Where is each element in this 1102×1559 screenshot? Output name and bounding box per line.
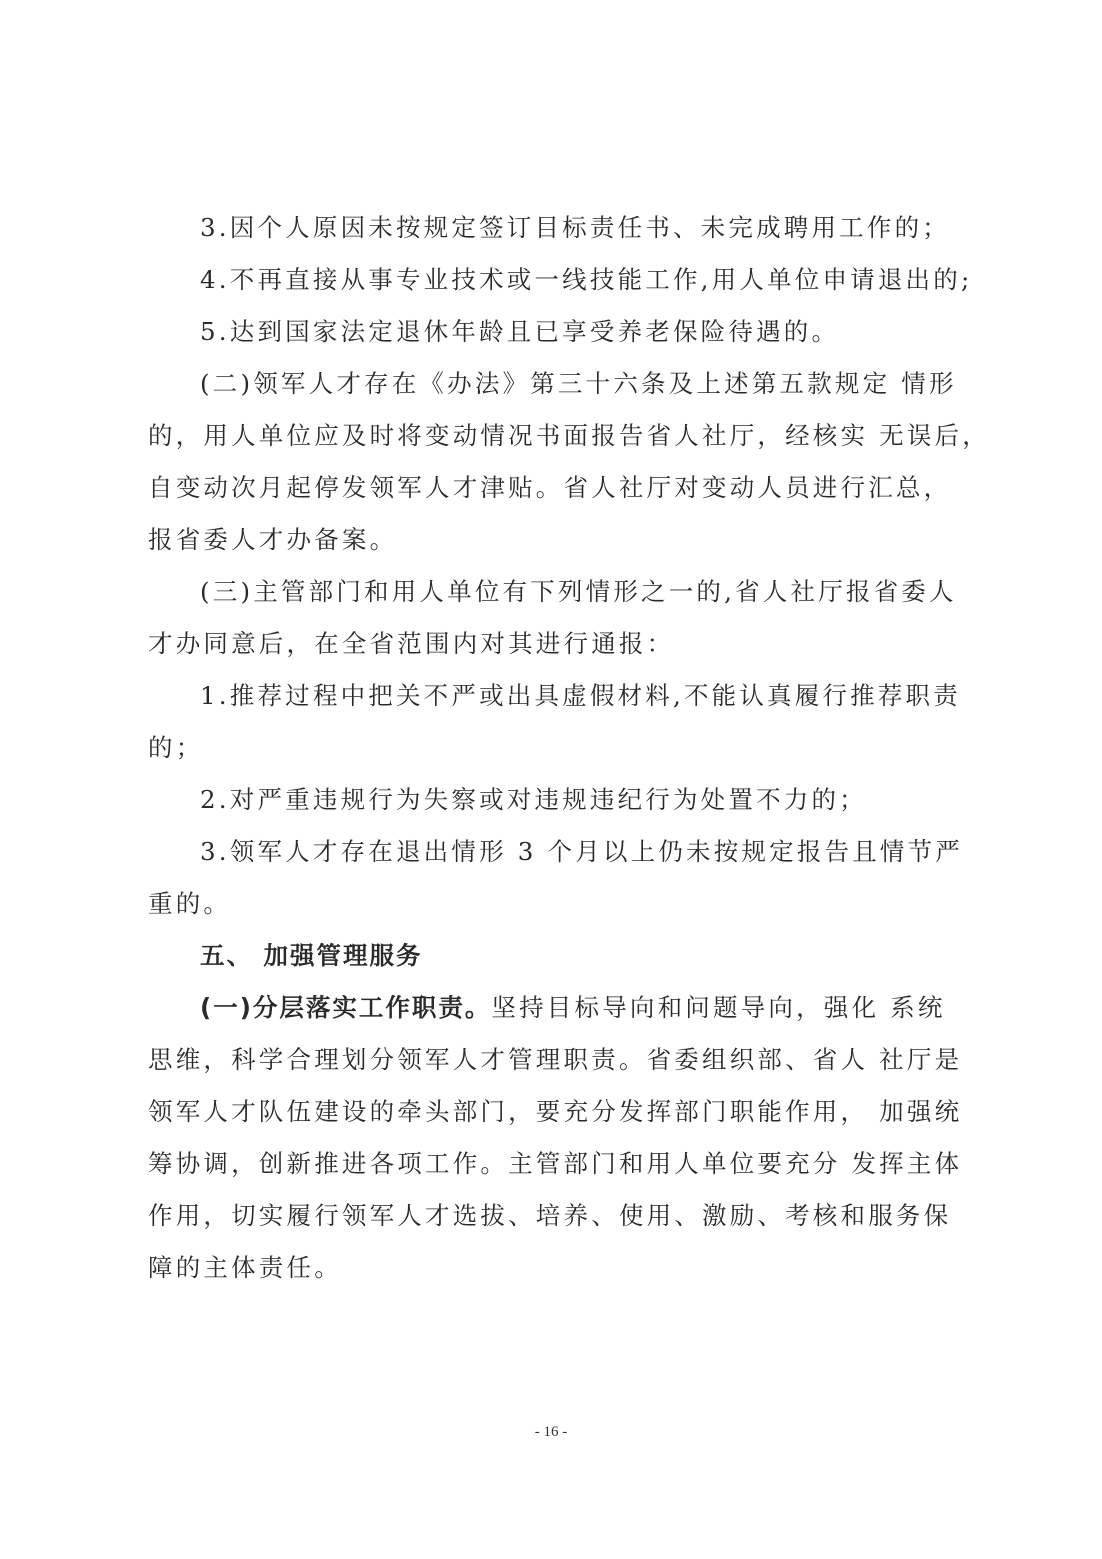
list-item-5-exit-condition: 5.达到国家法定退休年龄且已享受养老保险待遇的。 bbox=[200, 316, 839, 348]
paragraph-3-line-2: 才办同意后，在全省范围内对其进行通报： bbox=[148, 628, 674, 660]
paragraph-lead-title: (一)分层落实工作职责。 bbox=[200, 993, 491, 1022]
notice-item-3-line-2: 重的。 bbox=[148, 888, 231, 920]
section-heading: 五、 加强管理服务 bbox=[200, 940, 423, 972]
list-item-3-exit-condition: 3.因个人原因未按规定签订目标责任书、未完成聘用工作的； bbox=[200, 212, 950, 244]
list-item-4-exit-condition: 4.不再直接从事专业技术或一线技能工作,用人单位申请退出的; bbox=[200, 264, 972, 296]
page-number: - 16 - bbox=[0, 1424, 1102, 1441]
paragraph-2-line-2: 的，用人单位应及时将变动情况书面报告省人社厅，经核实 无误后， bbox=[148, 420, 990, 452]
paragraph-2-line-3: 自变动次月起停发领军人才津贴。省人社厅对变动人员进行汇总， bbox=[148, 472, 951, 504]
document-page: 3.因个人原因未按规定签订目标责任书、未完成聘用工作的； 4.不再直接从事专业技… bbox=[0, 0, 1102, 1559]
paragraph-lead-text: 坚持目标导向和问题导向，强化 系统 bbox=[491, 993, 945, 1022]
notice-item-1-line-2: 的； bbox=[148, 732, 203, 764]
section-5-paragraph-1-line-2: 思维，科学合理划分领军人才管理职责。省委组织部、省人 社厅是 bbox=[148, 1044, 962, 1076]
notice-item-2: 2.对严重违规行为失察或对违规违纪行为处置不力的； bbox=[200, 784, 867, 816]
paragraph-3-line-1: (三)主管部门和用人单位有下列情形之一的,省人社厅报省委人 bbox=[200, 576, 957, 608]
section-5-paragraph-1-line-3: 领军人才队伍建设的牵头部门，要充分发挥部门职能作用， 加强统 bbox=[148, 1096, 962, 1128]
section-5-paragraph-1-line-1: (一)分层落实工作职责。坚持目标导向和问题导向，强化 系统 bbox=[200, 992, 946, 1024]
notice-item-1-line-1: 1.推荐过程中把关不严或出具虚假材料,不能认真履行推荐职责 bbox=[200, 680, 961, 712]
section-5-paragraph-1-line-6: 障的主体责任。 bbox=[148, 1252, 342, 1284]
notice-item-3-line-1: 3.领军人才存在退出情形 3 个月以上仍未按规定报告且情节严 bbox=[200, 836, 963, 868]
section-5-paragraph-1-line-5: 作用，切实履行领军人才选拔、培养、使用、激励、考核和服务保 bbox=[148, 1200, 951, 1232]
paragraph-2-line-4: 报省委人才办备案。 bbox=[148, 524, 397, 556]
section-5-paragraph-1-line-4: 筹协调，创新推进各项工作。主管部门和用人单位要充分 发挥主体 bbox=[148, 1148, 962, 1180]
paragraph-2-line-1: (二)领军人才存在《办法》第三十六条及上述第五款规定 情形 bbox=[200, 368, 957, 400]
